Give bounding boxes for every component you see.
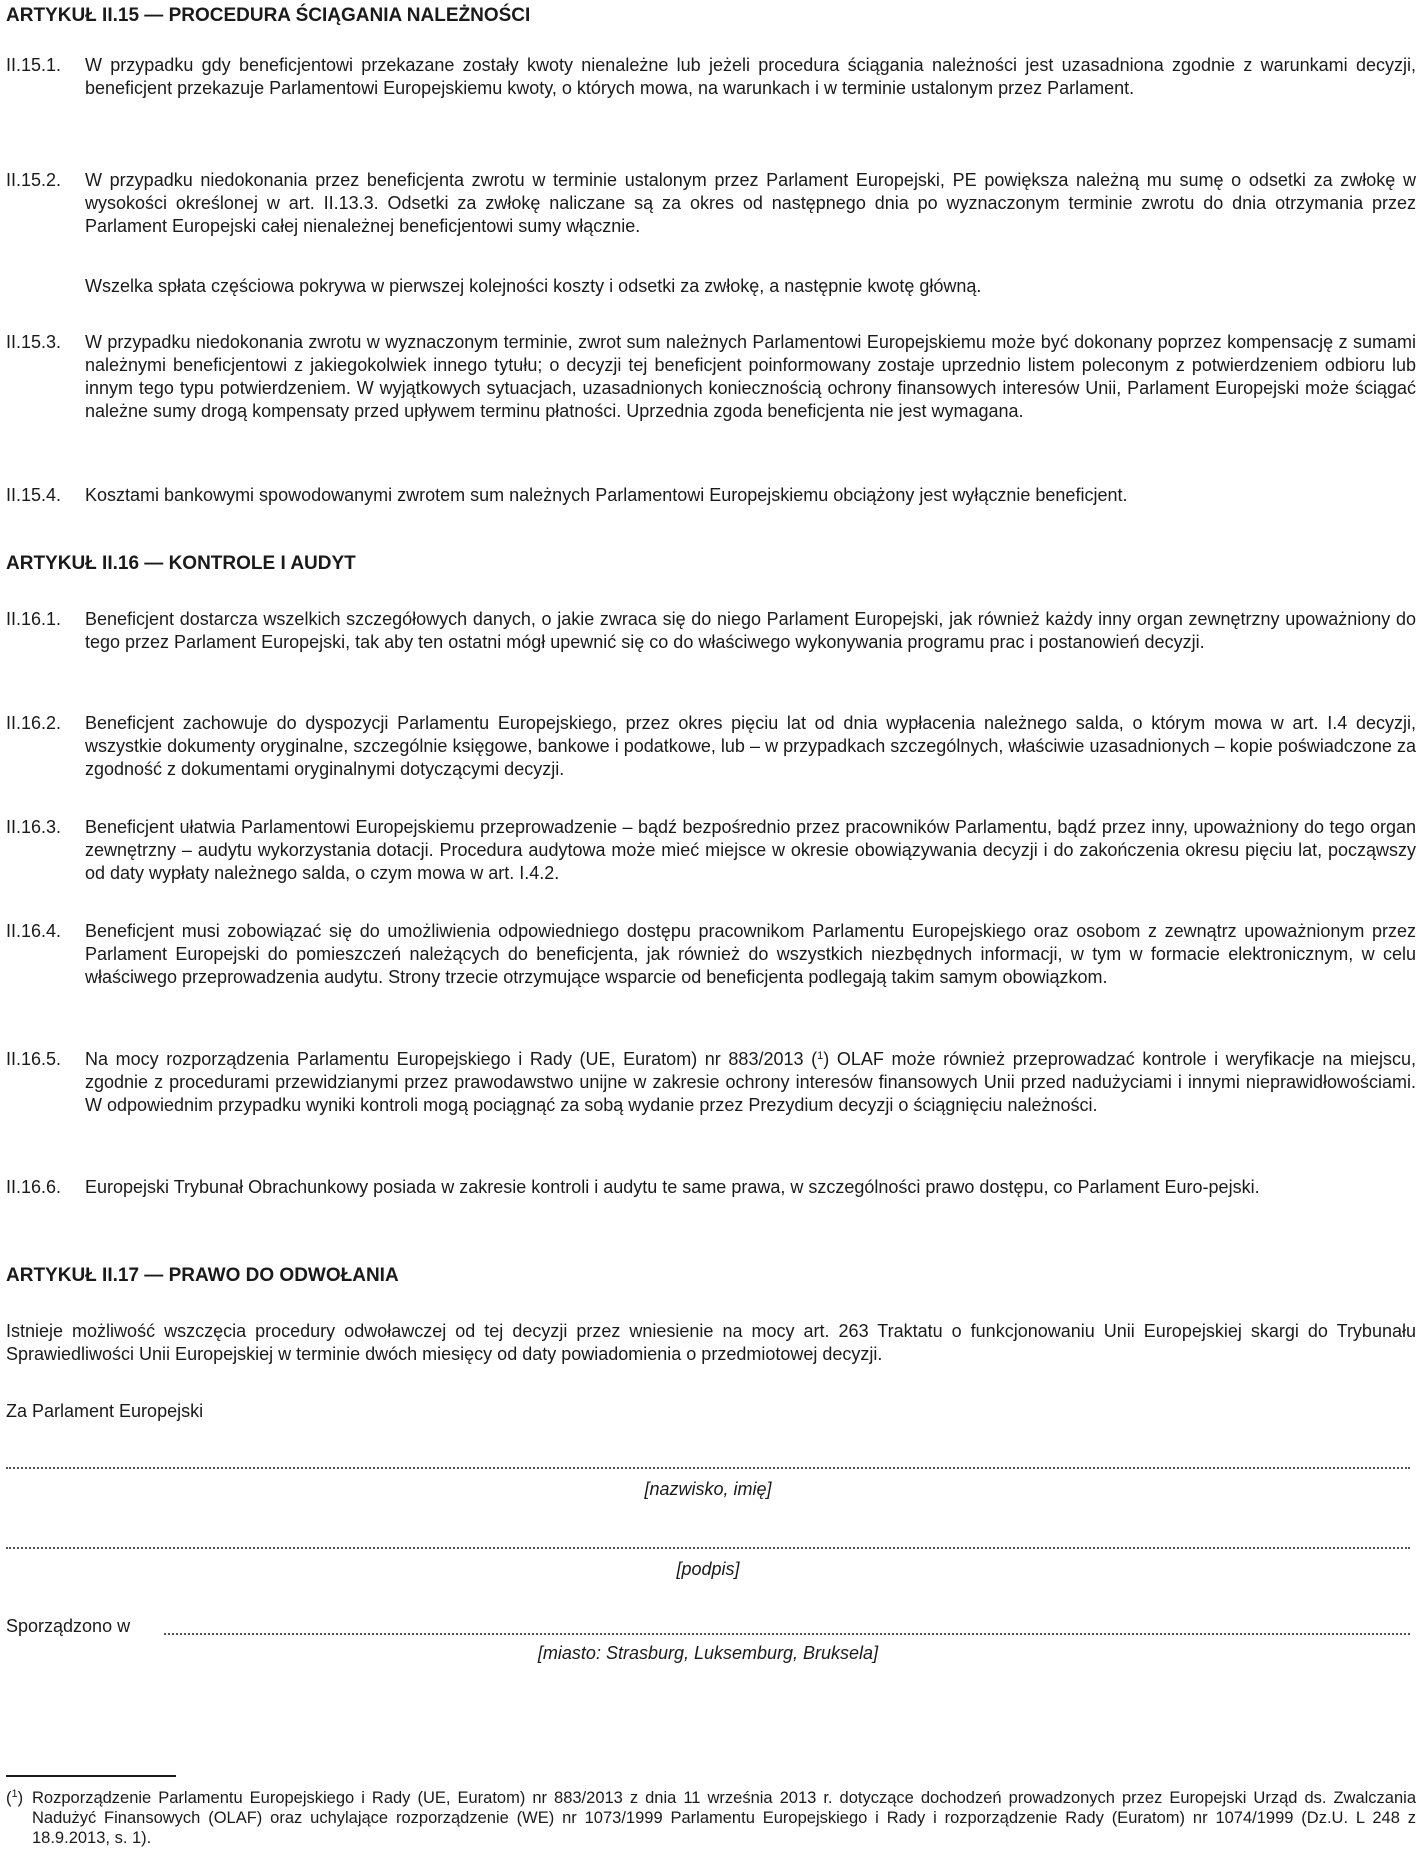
appeal-text: Istnieje możliwość wszczęcia procedury o… [6,1320,1416,1366]
paragraph: II.15.3. W przypadku niedokonania zwrotu… [6,331,1416,423]
signature-caption: [podpis] [6,1558,1410,1581]
paragraph-text: W przypadku niedokonania przez beneficje… [85,169,1416,238]
paragraph: II.16.3. Beneficjent ułatwia Parlamentow… [6,816,1416,885]
place-label: Sporządzono w [6,1615,130,1638]
paragraph-number: II.16.3. [6,816,84,839]
paragraph: II.16.4. Beneficjent musi zobowiązać się… [6,920,1416,989]
paragraph-number: II.16.1. [6,608,84,631]
paragraph: II.16.5. Na mocy rozporządzenia Parlamen… [6,1048,1416,1117]
paragraph-number: II.16.2. [6,712,84,735]
article-heading: ARTYKUŁ II.16 — KONTROLE I AUDYT [6,552,356,576]
name-caption: [nazwisko, imię] [6,1478,1410,1501]
place-caption: [miasto: Strasburg, Luksemburg, Bruksela… [6,1642,1410,1665]
paragraph-text: Kosztami bankowymi spowodowanymi zwrotem… [85,484,1416,507]
paragraph-text: W przypadku niedokonania zwrotu w wyznac… [85,331,1416,423]
paragraph-text: Na mocy rozporządzenia Parlamentu Europe… [85,1048,1416,1117]
paragraph-number: II.16.4. [6,920,84,943]
paragraph-text: Beneficjent musi zobowiązać się do umożl… [85,920,1416,989]
paragraph: II.15.4. Kosztami bankowymi spowodowanym… [6,484,1416,507]
footnote-text: Rozporządzenie Parlamentu Europejskiego … [32,1788,1416,1848]
paragraph: II.16.1. Beneficjent dostarcza wszelkich… [6,608,1416,654]
paragraph-number: II.16.5. [6,1048,84,1071]
paragraph-number: II.16.6. [6,1176,84,1199]
place-line[interactable] [164,1633,1410,1635]
paragraph-text: Beneficjent dostarcza wszelkich szczegół… [85,608,1416,654]
signature-line[interactable] [6,1547,1410,1549]
paragraph-number: II.15.1. [6,54,84,77]
paragraph-text: Beneficjent zachowuje do dyspozycji Parl… [85,712,1416,781]
paragraph: II.15.2. W przypadku niedokonania przez … [6,169,1416,238]
paragraph-text: Europejski Trybunał Obrachunkowy posiada… [85,1176,1416,1199]
paragraph: II.16.2. Beneficjent zachowuje do dyspoz… [6,712,1416,781]
name-line[interactable] [6,1467,1410,1469]
footnote-mark: (1) [6,1788,23,1808]
footnote-rule [6,1775,176,1777]
paragraph-text: Beneficjent ułatwia Parlamentowi Europej… [85,816,1416,885]
paragraph-number: II.15.3. [6,331,84,354]
footnote: (1) Rozporządzenie Parlamentu Europejski… [6,1788,1416,1848]
article-heading: ARTYKUŁ II.15 — PROCEDURA ŚCIĄGANIA NALE… [6,4,530,28]
paragraph-text: W przypadku gdy beneficjentowi przekazan… [85,54,1416,100]
paragraph-number: II.15.4. [6,484,84,507]
paragraph-text: Wszelka spłata częściowa pokrywa w pierw… [85,275,1416,298]
paragraph: II.15.1. W przypadku gdy beneficjentowi … [6,54,1416,100]
article-heading: ARTYKUŁ II.17 — PRAWO DO ODWOŁANIA [6,1264,399,1288]
paragraph-number: II.15.2. [6,169,84,192]
paragraph: Wszelka spłata częściowa pokrywa w pierw… [6,275,1416,298]
paragraph: II.16.6. Europejski Trybunał Obrachunkow… [6,1176,1416,1199]
signatory-label: Za Parlament Europejski [6,1400,203,1423]
